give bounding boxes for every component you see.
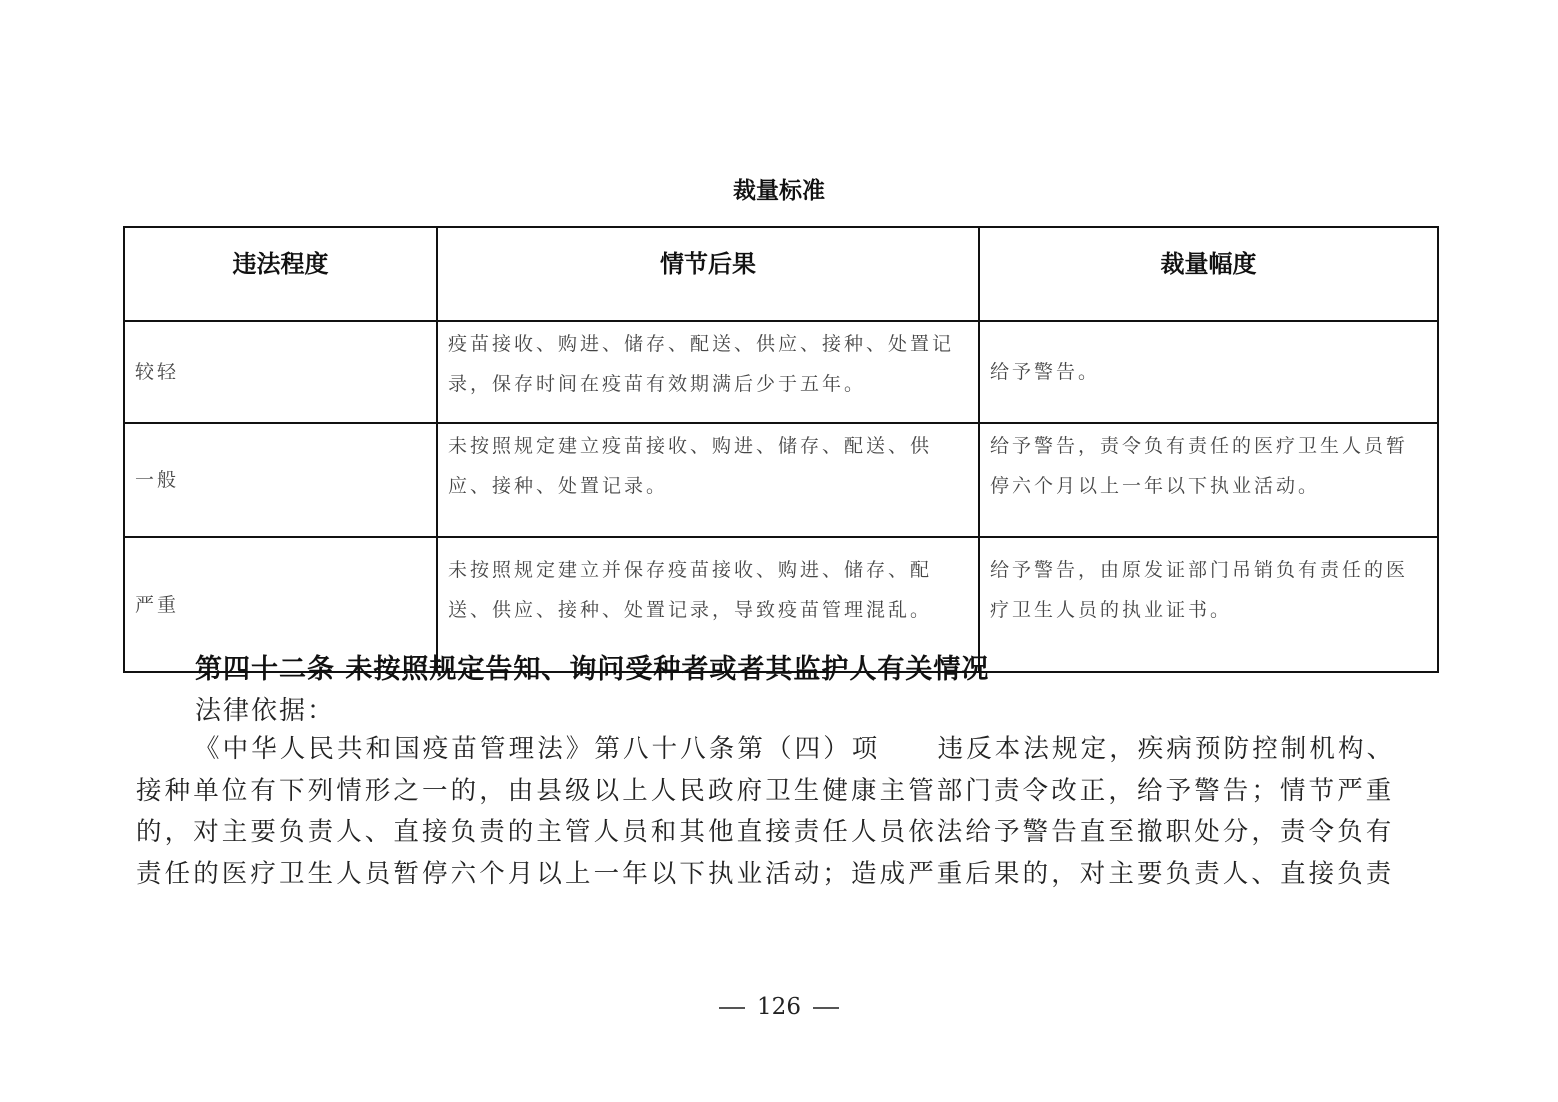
cell-circumstance: 未按照规定建立疫苗接收、购进、储存、配送、供应、接种、处置记录。 — [437, 423, 979, 537]
cell-penalty: 给予警告。 — [979, 321, 1438, 423]
table-header-row: 违法程度 情节后果 裁量幅度 — [124, 227, 1438, 321]
cell-penalty: 给予警告，责令负有责任的医疗卫生人员暂停六个月以上一年以下执业活动。 — [979, 423, 1438, 537]
table-row: 较轻 疫苗接收、购进、储存、配送、供应、接种、处置记录，保存时间在疫苗有效期满后… — [124, 321, 1438, 423]
legal-text-line: 《中华人民共和国疫苗管理法》第八十八条第（四）项 违反本法规定，疾病预防控制机构… — [136, 729, 1426, 771]
table-title: 裁量标准 — [0, 172, 1558, 205]
dash-right-icon — [813, 1007, 839, 1009]
page-footer: 126 — [0, 994, 1558, 1020]
cell-level: 一般 — [124, 423, 437, 537]
legal-text-line: 责任的医疗卫生人员暂停六个月以上一年以下执业活动；造成严重后果的，对主要负责人、… — [136, 854, 1426, 896]
discretion-standard-table: 违法程度 情节后果 裁量幅度 较轻 疫苗接收、购进、储存、配送、供应、接种、处置… — [123, 226, 1439, 673]
legal-text-line: 接种单位有下列情形之一的，由县级以上人民政府卫生健康主管部门责令改正，给予警告；… — [136, 771, 1426, 813]
header-penalty-range: 裁量幅度 — [979, 227, 1438, 321]
page-number: 126 — [757, 994, 801, 1020]
cell-level: 较轻 — [124, 321, 437, 423]
header-violation-degree: 违法程度 — [124, 227, 437, 321]
article-heading: 第四十二条 未按照规定告知、询问受种者或者其监护人有关情况 — [195, 647, 989, 686]
table-row: 一般 未按照规定建立疫苗接收、购进、储存、配送、供应、接种、处置记录。 给予警告… — [124, 423, 1438, 537]
cell-penalty: 给予警告，由原发证部门吊销负有责任的医疗卫生人员的执业证书。 — [979, 537, 1438, 672]
cell-circumstance: 疫苗接收、购进、储存、配送、供应、接种、处置记录，保存时间在疫苗有效期满后少于五… — [437, 321, 979, 423]
dash-left-icon — [719, 1007, 745, 1009]
header-circumstance: 情节后果 — [437, 227, 979, 321]
legal-text-line: 的，对主要负责人、直接负责的主管人员和其他直接责任人员依法给予警告直至撤职处分，… — [136, 812, 1426, 854]
legal-basis-label: 法律依据： — [195, 690, 335, 727]
legal-text-paragraph: 《中华人民共和国疫苗管理法》第八十八条第（四）项 违反本法规定，疾病预防控制机构… — [136, 729, 1426, 895]
